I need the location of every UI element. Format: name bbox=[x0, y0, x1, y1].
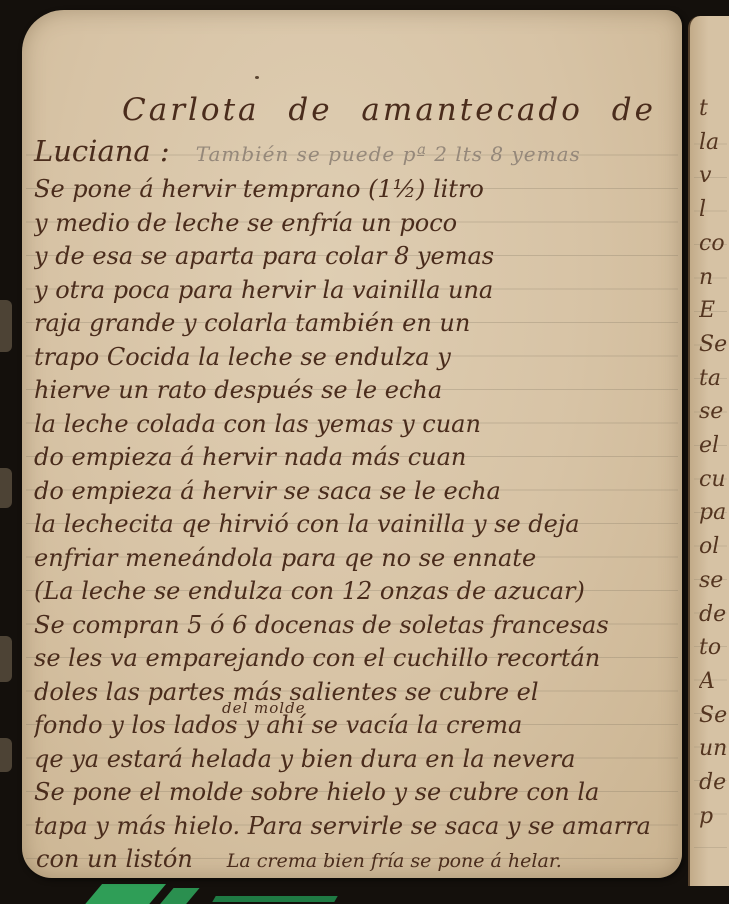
green-cover-mark bbox=[158, 888, 199, 904]
facing-page-edge: tlavlconESetaseelcupaolsedetoASeundep bbox=[688, 16, 729, 886]
recipe-body: Se pone á hervir temprano (1½) litroy me… bbox=[34, 173, 678, 843]
closing-line-left: con un listón bbox=[36, 845, 193, 873]
body-line: la leche colada con las yemas y cuan bbox=[34, 408, 678, 442]
edge-fragment: p bbox=[699, 806, 729, 828]
edge-fragment: pa bbox=[699, 502, 729, 524]
edge-fragment: se bbox=[699, 570, 729, 592]
body-line: Se pone el molde sobre hielo y se cubre … bbox=[34, 776, 678, 810]
body-line: trapo Cocida la leche se endulza y bbox=[34, 341, 678, 375]
photo-backdrop: { "colors": { "background": "#14100c", "… bbox=[0, 0, 729, 904]
page-edge-sliver bbox=[0, 468, 12, 508]
edge-fragment: l bbox=[699, 199, 729, 221]
body-line: tapa y más hielo. Para servirle se saca … bbox=[34, 810, 678, 844]
edge-fragment: n bbox=[699, 267, 729, 289]
recipe-title-line1: Carlota de amantecado de bbox=[122, 92, 656, 128]
body-line: do empieza á hervir nada más cuan bbox=[34, 441, 678, 475]
edge-fragment: la bbox=[699, 132, 729, 154]
edge-fragment: un bbox=[699, 738, 729, 760]
edge-fragment: cu bbox=[699, 469, 729, 491]
edge-fragment: co bbox=[699, 233, 729, 255]
page-edge-sliver bbox=[0, 738, 12, 772]
green-cover-mark bbox=[82, 884, 166, 904]
edge-fragments: tlavlconESetaseelcupaolsedetoASeundep bbox=[699, 98, 729, 828]
edge-fragment: ol bbox=[699, 536, 729, 558]
edge-fragment: el bbox=[699, 435, 729, 457]
edge-fragment: to bbox=[699, 637, 729, 659]
edge-fragment: Se bbox=[699, 705, 729, 727]
edge-fragment: A bbox=[699, 671, 729, 693]
recipe-title-line2: Luciana : bbox=[34, 134, 170, 168]
pencil-annotation: También se puede pª 2 lts 8 yemas bbox=[196, 142, 581, 166]
edge-fragment: se bbox=[699, 401, 729, 423]
green-cover-mark bbox=[212, 896, 337, 902]
body-line: do empieza á hervir se saca se le echa bbox=[34, 475, 678, 509]
edge-fragment: E bbox=[699, 300, 729, 322]
edge-fragment: t bbox=[699, 98, 729, 120]
closing-line: con un listón La crema bien fría se pone… bbox=[36, 845, 562, 873]
body-line: y otra poca para hervir la vainilla una bbox=[34, 274, 678, 308]
interlinear-insertion: del molde bbox=[222, 699, 306, 717]
edge-fragment: v bbox=[699, 165, 729, 187]
body-line: Se compran 5 ó 6 docenas de soletas fran… bbox=[34, 609, 678, 643]
body-line: y de esa se aparta para colar 8 yemas bbox=[34, 240, 678, 274]
page-edge-sliver bbox=[0, 636, 12, 682]
body-line: (La leche se endulza con 12 onzas de azu… bbox=[34, 575, 678, 609]
body-line: la lechecita qe hirvió con la vainilla y… bbox=[34, 508, 678, 542]
body-line: Se pone á hervir temprano (1½) litro bbox=[34, 173, 678, 207]
body-line: y medio de leche se enfría un poco bbox=[34, 207, 678, 241]
body-line: hierve un rato después se le echa bbox=[34, 374, 678, 408]
body-line: qe ya estará helada y bien dura en la ne… bbox=[34, 743, 678, 777]
body-line: se les va emparejando con el cuchillo re… bbox=[34, 642, 678, 676]
edge-fragment: Se bbox=[699, 334, 729, 356]
body-line: raja grande y colarla también en un bbox=[34, 307, 678, 341]
page-edge-sliver bbox=[0, 300, 12, 352]
edge-fragment: de bbox=[699, 604, 729, 626]
closing-line-right: La crema bien fría se pone á helar. bbox=[227, 850, 562, 872]
ink-speck bbox=[255, 76, 259, 79]
edge-fragment: ta bbox=[699, 368, 729, 390]
edge-fragment: de bbox=[699, 772, 729, 794]
body-line: enfriar meneándola para qe no se ennate bbox=[34, 542, 678, 576]
title-and-annotation-row: Luciana : También se puede pª 2 lts 8 ye… bbox=[34, 134, 581, 168]
notebook-page: Carlota de amantecado de Luciana : Tambi… bbox=[22, 10, 682, 878]
body-line: doles las partes más salientes se cubre … bbox=[34, 676, 678, 710]
body-line: fondo y los lados y ahí se vacía la crem… bbox=[34, 709, 678, 743]
